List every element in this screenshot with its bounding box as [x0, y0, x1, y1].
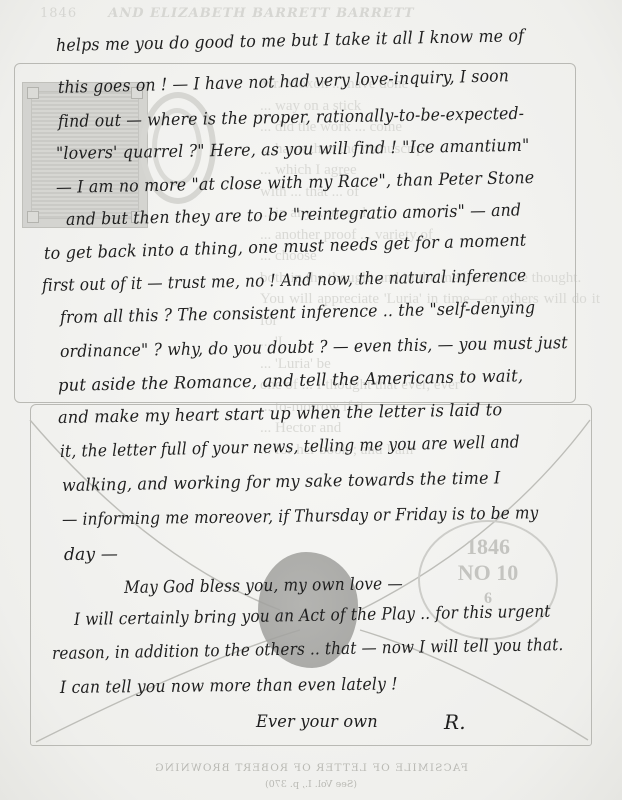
letter-line: — I am no more "at close with my Race", … — [56, 168, 535, 198]
letter-line: ordinance" ? why, do you doubt ? — even … — [60, 333, 568, 362]
letter-line: "lovers' quarrel ?" Here, as you will fi… — [56, 136, 530, 164]
letter-line: I will certainly bring you an Act of the… — [74, 602, 551, 630]
letter-line: walking, and working for my sake towards… — [62, 468, 501, 496]
letter-line: it, the letter full of your news, tellin… — [60, 432, 520, 462]
letter-line: day — — [64, 544, 118, 565]
letter-line: helps me you do good to me but I take it… — [56, 26, 525, 56]
letter-line: reason, in addition to the others .. tha… — [52, 635, 564, 664]
letter-line: I can tell you now more than even lately… — [60, 674, 398, 698]
letter-closing: Ever your own — [256, 712, 378, 732]
letter-line: put aside the Romance, and tell the Amer… — [58, 366, 524, 396]
handwritten-letter: helps me you do good to me but I take it… — [0, 0, 622, 800]
facsimile-page: 1846 AND ELIZABETH BARRETT BARRETT Mr. M… — [0, 0, 622, 800]
letter-line: and make my heart start up when the lett… — [58, 400, 503, 428]
letter-line: to get back into a thing, one must needs… — [44, 231, 527, 264]
letter-line: from all this ? The consistent inference… — [60, 298, 536, 328]
facsimile-caption: FACSIMILE OF LETTER OF ROBERT BROWNING — [0, 762, 622, 774]
letter-line: May God bless you, my own love — — [124, 574, 403, 598]
letter-signature: R. — [444, 710, 466, 734]
letter-line: first out of it — trust me, no ! And now… — [42, 266, 527, 296]
letter-line: — informing me moreover, if Thursday or … — [62, 503, 539, 530]
letter-line: find out — where is the proper, rational… — [58, 104, 525, 132]
letter-line: and but then they are to be "reintegrati… — [66, 200, 521, 230]
volume-reference: (See Vol. I., p. 370) — [0, 779, 622, 790]
letter-line: this goes on ! — I have not had very lov… — [58, 66, 510, 98]
